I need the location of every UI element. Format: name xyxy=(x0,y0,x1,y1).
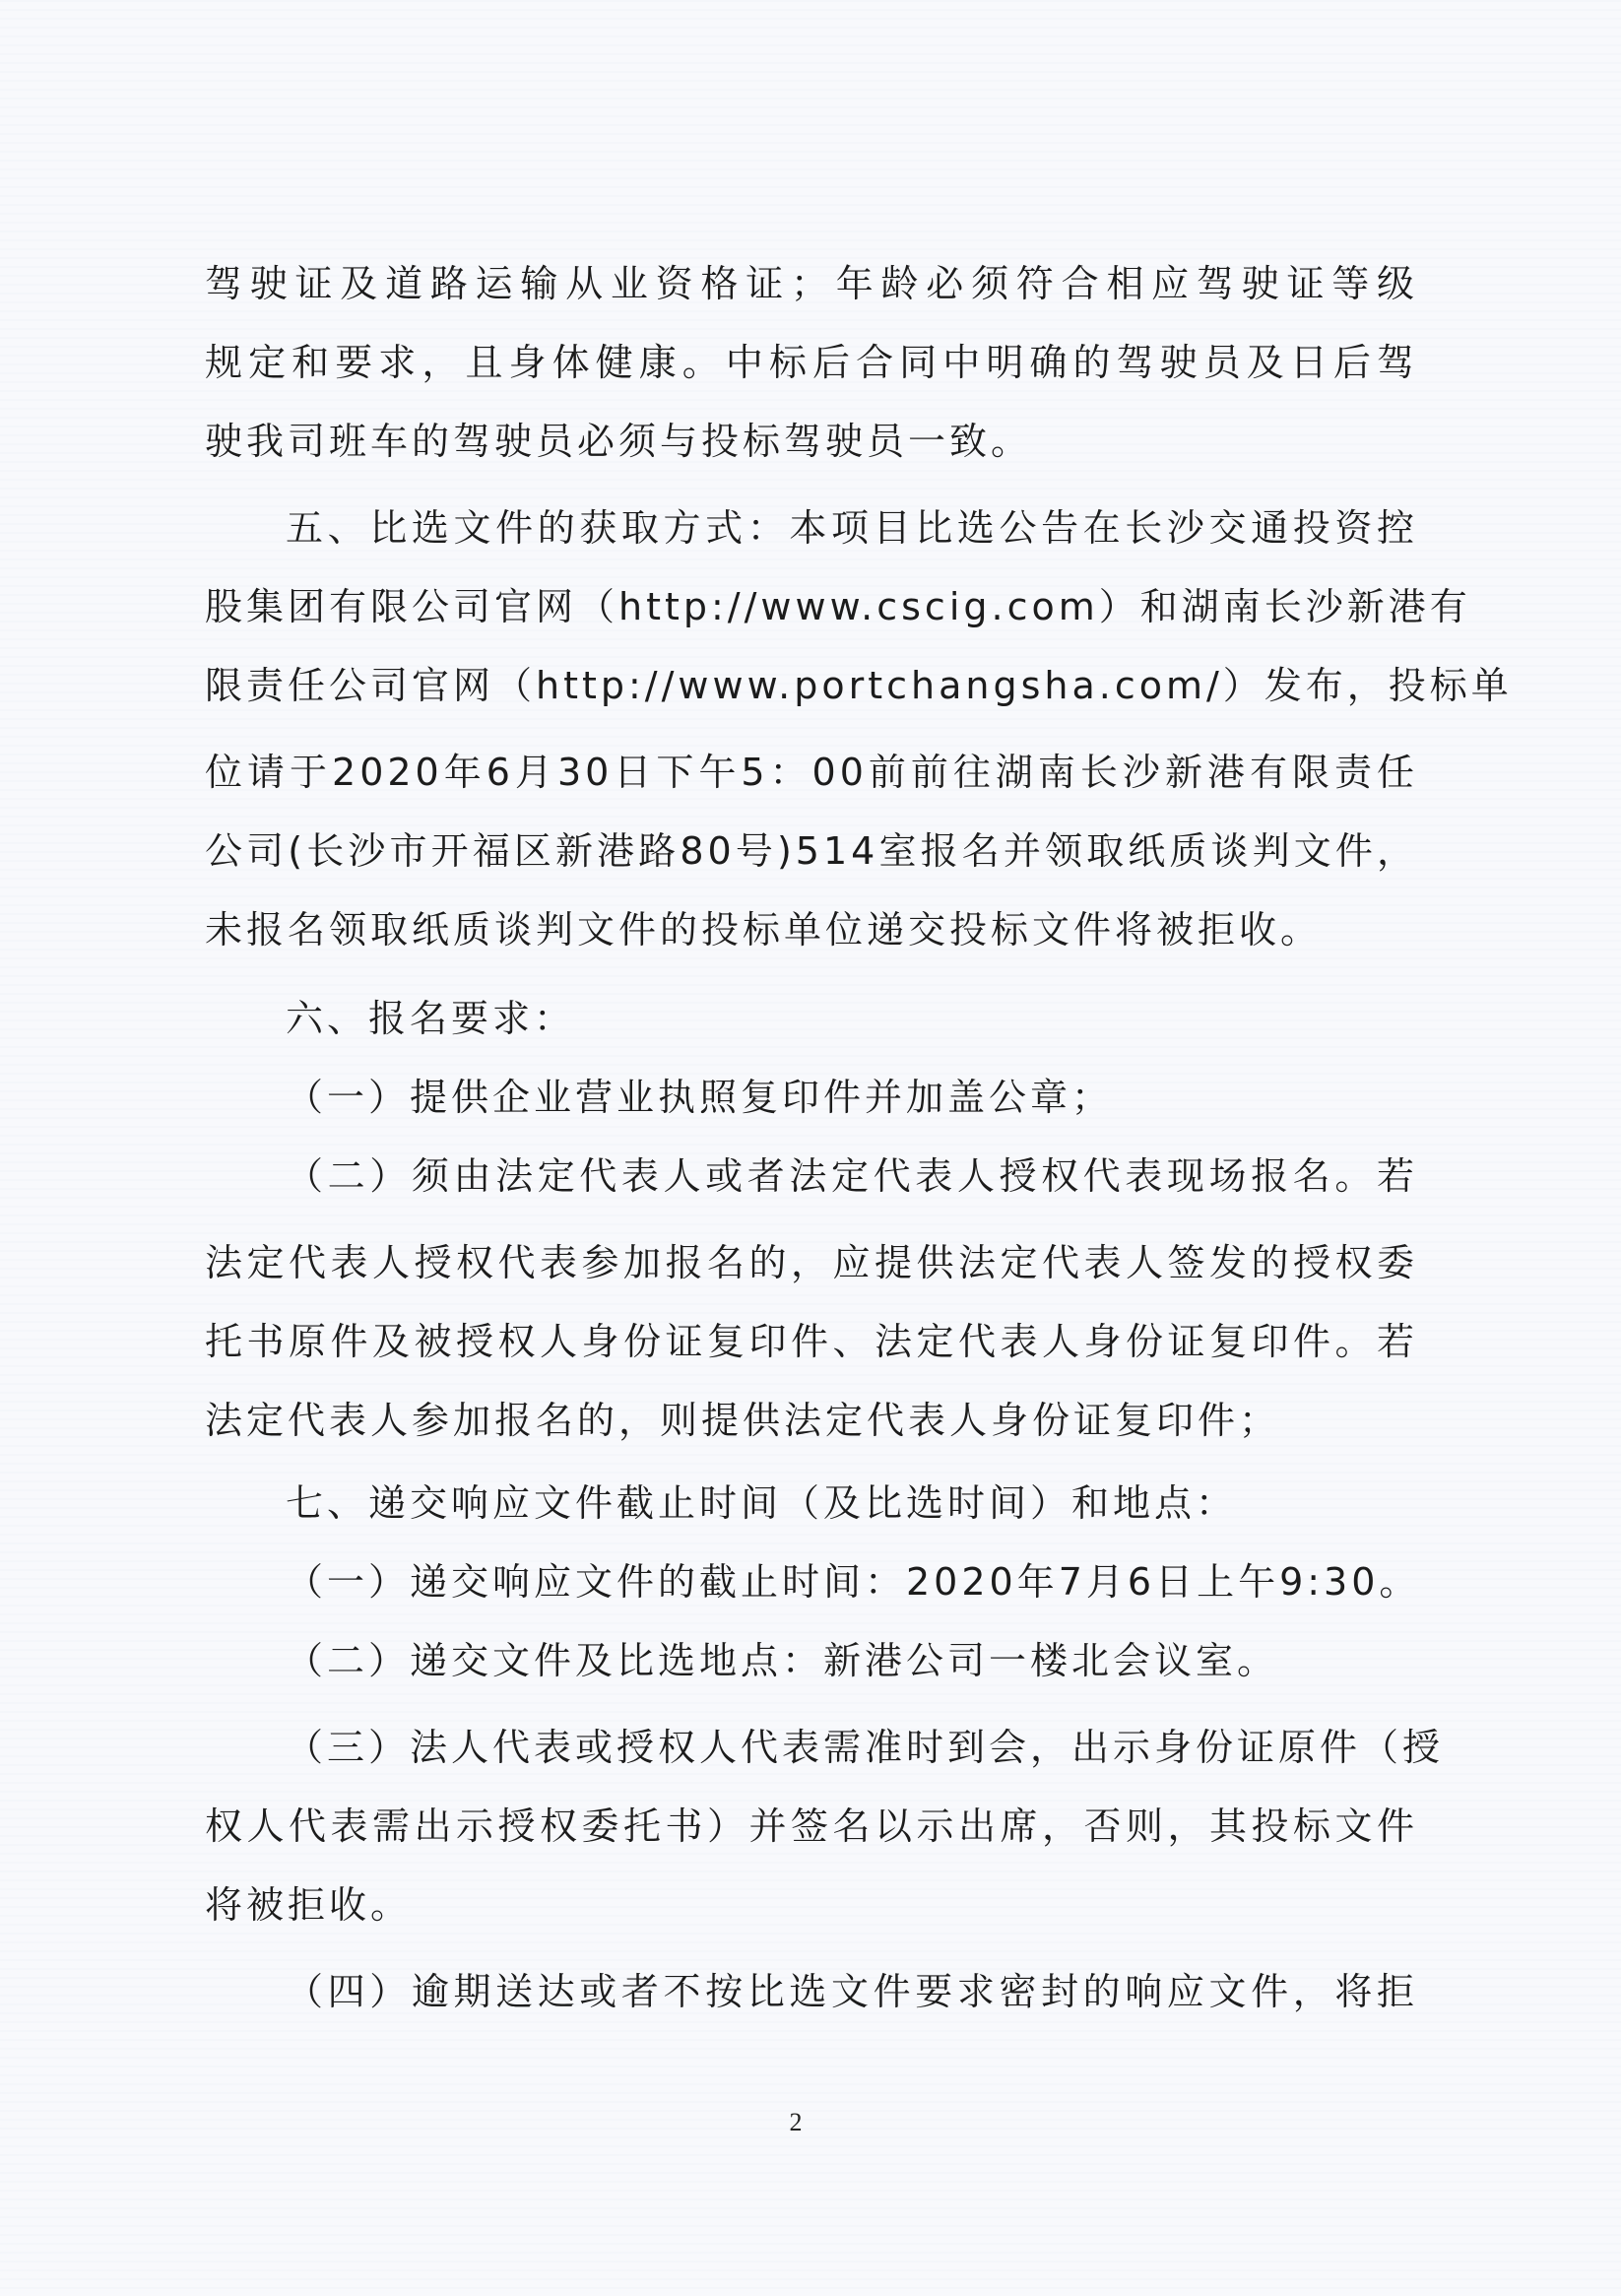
section-7-heading: 七、递交响应文件截止时间（及比选时间）和地点： xyxy=(286,1474,1418,1533)
section-5-heading-line: 五、比选文件的获取方式：本项目比选公告在长沙交通投资控 xyxy=(286,498,1418,558)
page-number: 2 xyxy=(786,2108,806,2137)
text-line-9: 未报名领取纸质谈判文件的投标单位递交投标文件将被拒收。 xyxy=(205,900,1418,959)
text-line-8: 公司(长沙市开福区新港路80号)514室报名并领取纸质谈判文件， xyxy=(205,821,1418,881)
text-line-14: 托书原件及被授权人身份证复印件、法定代表人身份证复印件。若 xyxy=(205,1312,1418,1371)
section-7-item-1: （一）递交响应文件的截止时间：2020年7月6日上午9:30。 xyxy=(286,1552,1418,1611)
text-line-15: 法定代表人参加报名的，则提供法定代表人身份证复印件； xyxy=(205,1391,1418,1450)
section-7-item-2: （二）递交文件及比选地点：新港公司一楼北会议室。 xyxy=(286,1631,1418,1690)
text-line-20: 权人代表需出示授权委托书）并签名以示出席，否则，其投标文件 xyxy=(205,1797,1418,1856)
text-line-13: 法定代表人授权代表参加报名的，应提供法定代表人签发的授权委 xyxy=(205,1233,1418,1292)
section-6-item-1: （一）提供企业营业执照复印件并加盖公章； xyxy=(286,1068,1418,1127)
document-page: 驾驶证及道路运输从业资格证；年龄必须符合相应驾驶证等级 规定和要求，且身体健康。… xyxy=(0,0,1621,2296)
text-line-1: 驾驶证及道路运输从业资格证；年龄必须符合相应驾驶证等级 xyxy=(205,254,1418,313)
text-line-3: 驶我司班车的驾驶员必须与投标驾驶员一致。 xyxy=(205,412,1418,471)
text-line-6: 限责任公司官网（http://www.portchangsha.com/）发布，… xyxy=(205,656,1418,715)
text-line-2: 规定和要求，且身体健康。中标后合同中明确的驾驶员及日后驾 xyxy=(205,333,1418,392)
section-7-item-4: （四）逾期送达或者不按比选文件要求密封的响应文件，将拒 xyxy=(286,1962,1418,2021)
text-line-7: 位请于2020年6月30日下午5：00前前往湖南长沙新港有限责任 xyxy=(205,743,1418,802)
section-6-heading: 六、报名要求： xyxy=(286,989,1418,1048)
section-7-item-3: （三）法人代表或授权人代表需准时到会，出示身份证原件（授 xyxy=(286,1718,1418,1777)
text-line-21: 将被拒收。 xyxy=(205,1875,1418,1935)
section-6-item-2: （二）须由法定代表人或者法定代表人授权代表现场报名。若 xyxy=(286,1147,1418,1206)
text-line-5: 股集团有限公司官网（http://www.cscig.com）和湖南长沙新港有 xyxy=(205,577,1418,636)
